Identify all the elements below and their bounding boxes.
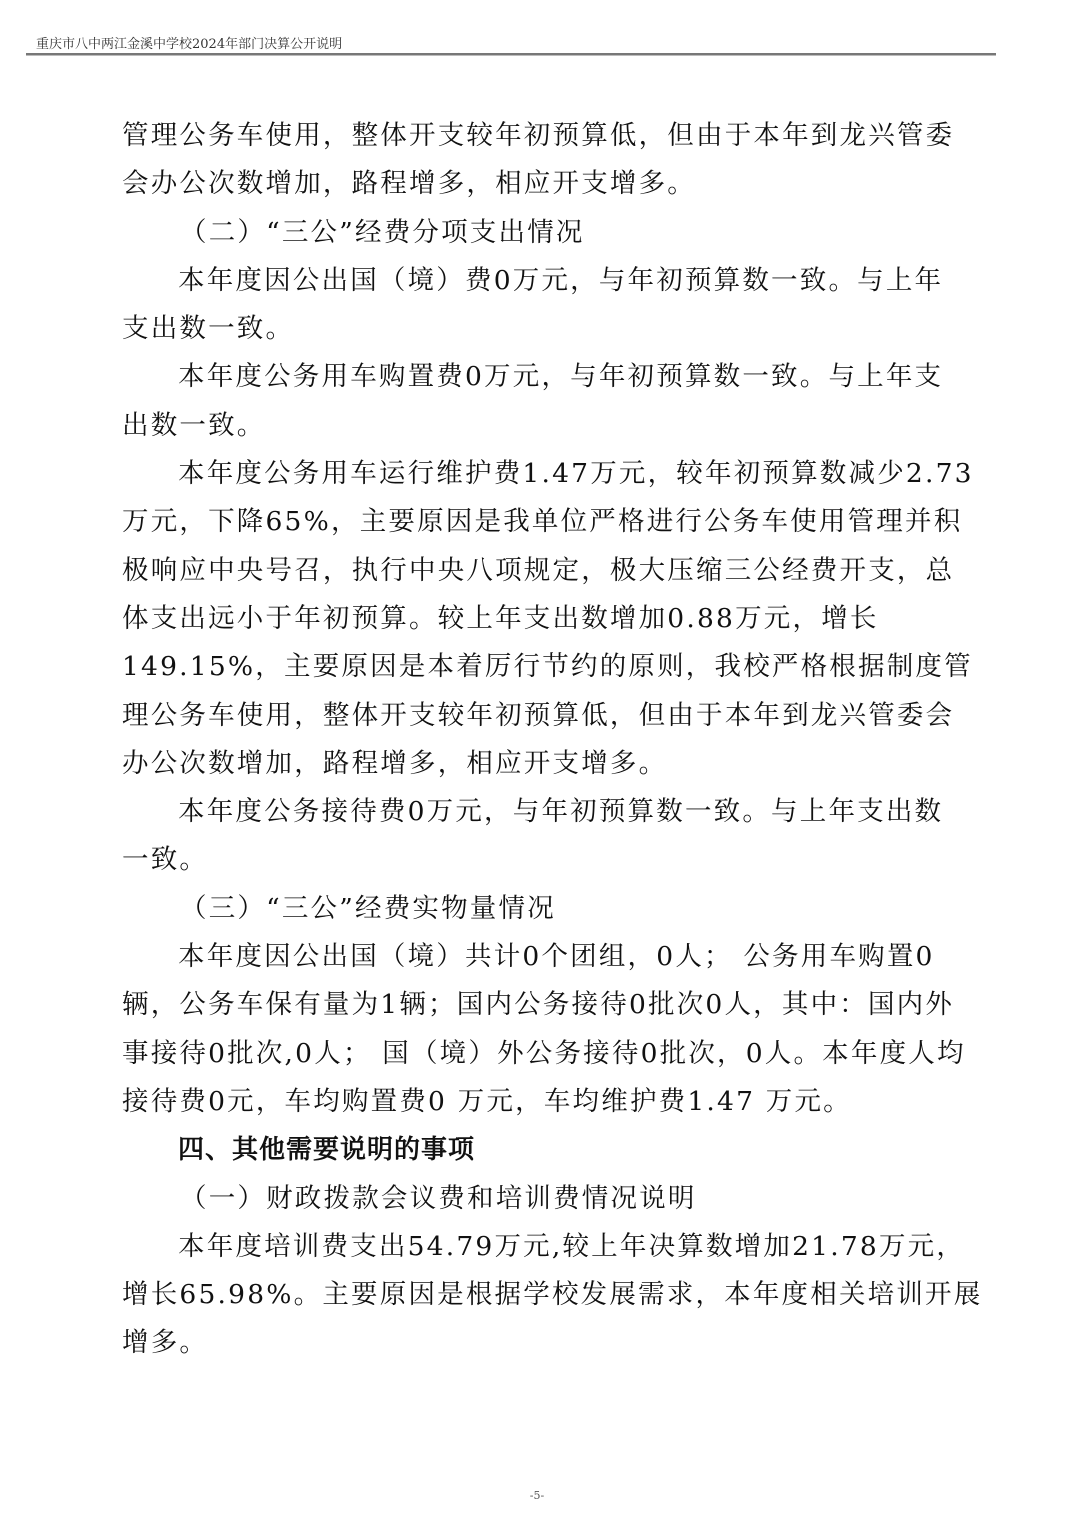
text-line: 增长65.98%。主要原因是根据学校发展需求，本年度相关培训开展 (122, 1271, 958, 1319)
text-line: 极响应中央号召，执行中央八项规定，极大压缩三公经费开支，总 (122, 547, 958, 595)
paragraph-start: 本年度公务接待费0万元，与年初预算数一致。与上年支出数 (122, 788, 958, 836)
text-line: 增多。 (122, 1319, 958, 1367)
text-line: 149.15%，主要原因是本着厉行节约的原则，我校严格根据制度管 (122, 643, 958, 691)
text-line: 支出数一致。 (122, 305, 958, 353)
text-line: 管理公务车使用，整体开支较年初预算低，但由于本年到龙兴管委 (122, 112, 958, 160)
text-line: 办公次数增加，路程增多，相应开支增多。 (122, 740, 958, 788)
paragraph-start: 本年度公务用车运行维护费1.47万元，较年初预算数减少2.73 (122, 450, 958, 498)
text-line: 接待费0元，车均购置费0 万元，车均维护费1.47 万元。 (122, 1078, 958, 1126)
text-line: 会办公次数增加，路程增多，相应开支增多。 (122, 160, 958, 208)
subheading-three-public-items: （二）“三公”经费分项支出情况 (122, 209, 958, 257)
text-line: 体支出远小于年初预算。较上年支出数增加0.88万元，增长 (122, 595, 958, 643)
section-heading-other-matters: 四、其他需要说明的事项 (122, 1126, 958, 1174)
paragraph-start: 本年度培训费支出54.79万元,较上年决算数增加21.78万元， (122, 1223, 958, 1271)
text-line: 辆，公务车保有量为1辆；国内公务接待0批次0人，其中：国内外 (122, 981, 958, 1029)
text-line: 理公务车使用，整体开支较年初预算低，但由于本年到龙兴管委会 (122, 692, 958, 740)
subheading-meeting-training-fees: （一）财政拨款会议费和培训费情况说明 (122, 1175, 958, 1223)
text-line: 万元，下降65%，主要原因是我单位严格进行公务车使用管理并积 (122, 498, 958, 546)
document-body: 管理公务车使用，整体开支较年初预算低，但由于本年到龙兴管委 会办公次数增加，路程… (122, 112, 958, 1368)
paragraph-start: 本年度因公出国（境）共计0个团组，0人； 公务用车购置0 (122, 933, 958, 981)
header-divider (26, 53, 996, 56)
paragraph-start: 本年度因公出国（境）费0万元，与年初预算数一致。与上年 (122, 257, 958, 305)
document-header-title: 重庆市八中两江金溪中学校2024年部门决算公开说明 (36, 33, 342, 52)
text-line: 事接待0批次,0人； 国（境）外公务接待0批次，0人。本年度人均 (122, 1030, 958, 1078)
page-number: -5- (0, 1489, 1074, 1502)
text-line: 出数一致。 (122, 402, 958, 450)
subheading-three-public-quantity: （三）“三公”经费实物量情况 (122, 885, 958, 933)
paragraph-start: 本年度公务用车购置费0万元，与年初预算数一致。与上年支 (122, 353, 958, 401)
text-line: 一致。 (122, 836, 958, 884)
